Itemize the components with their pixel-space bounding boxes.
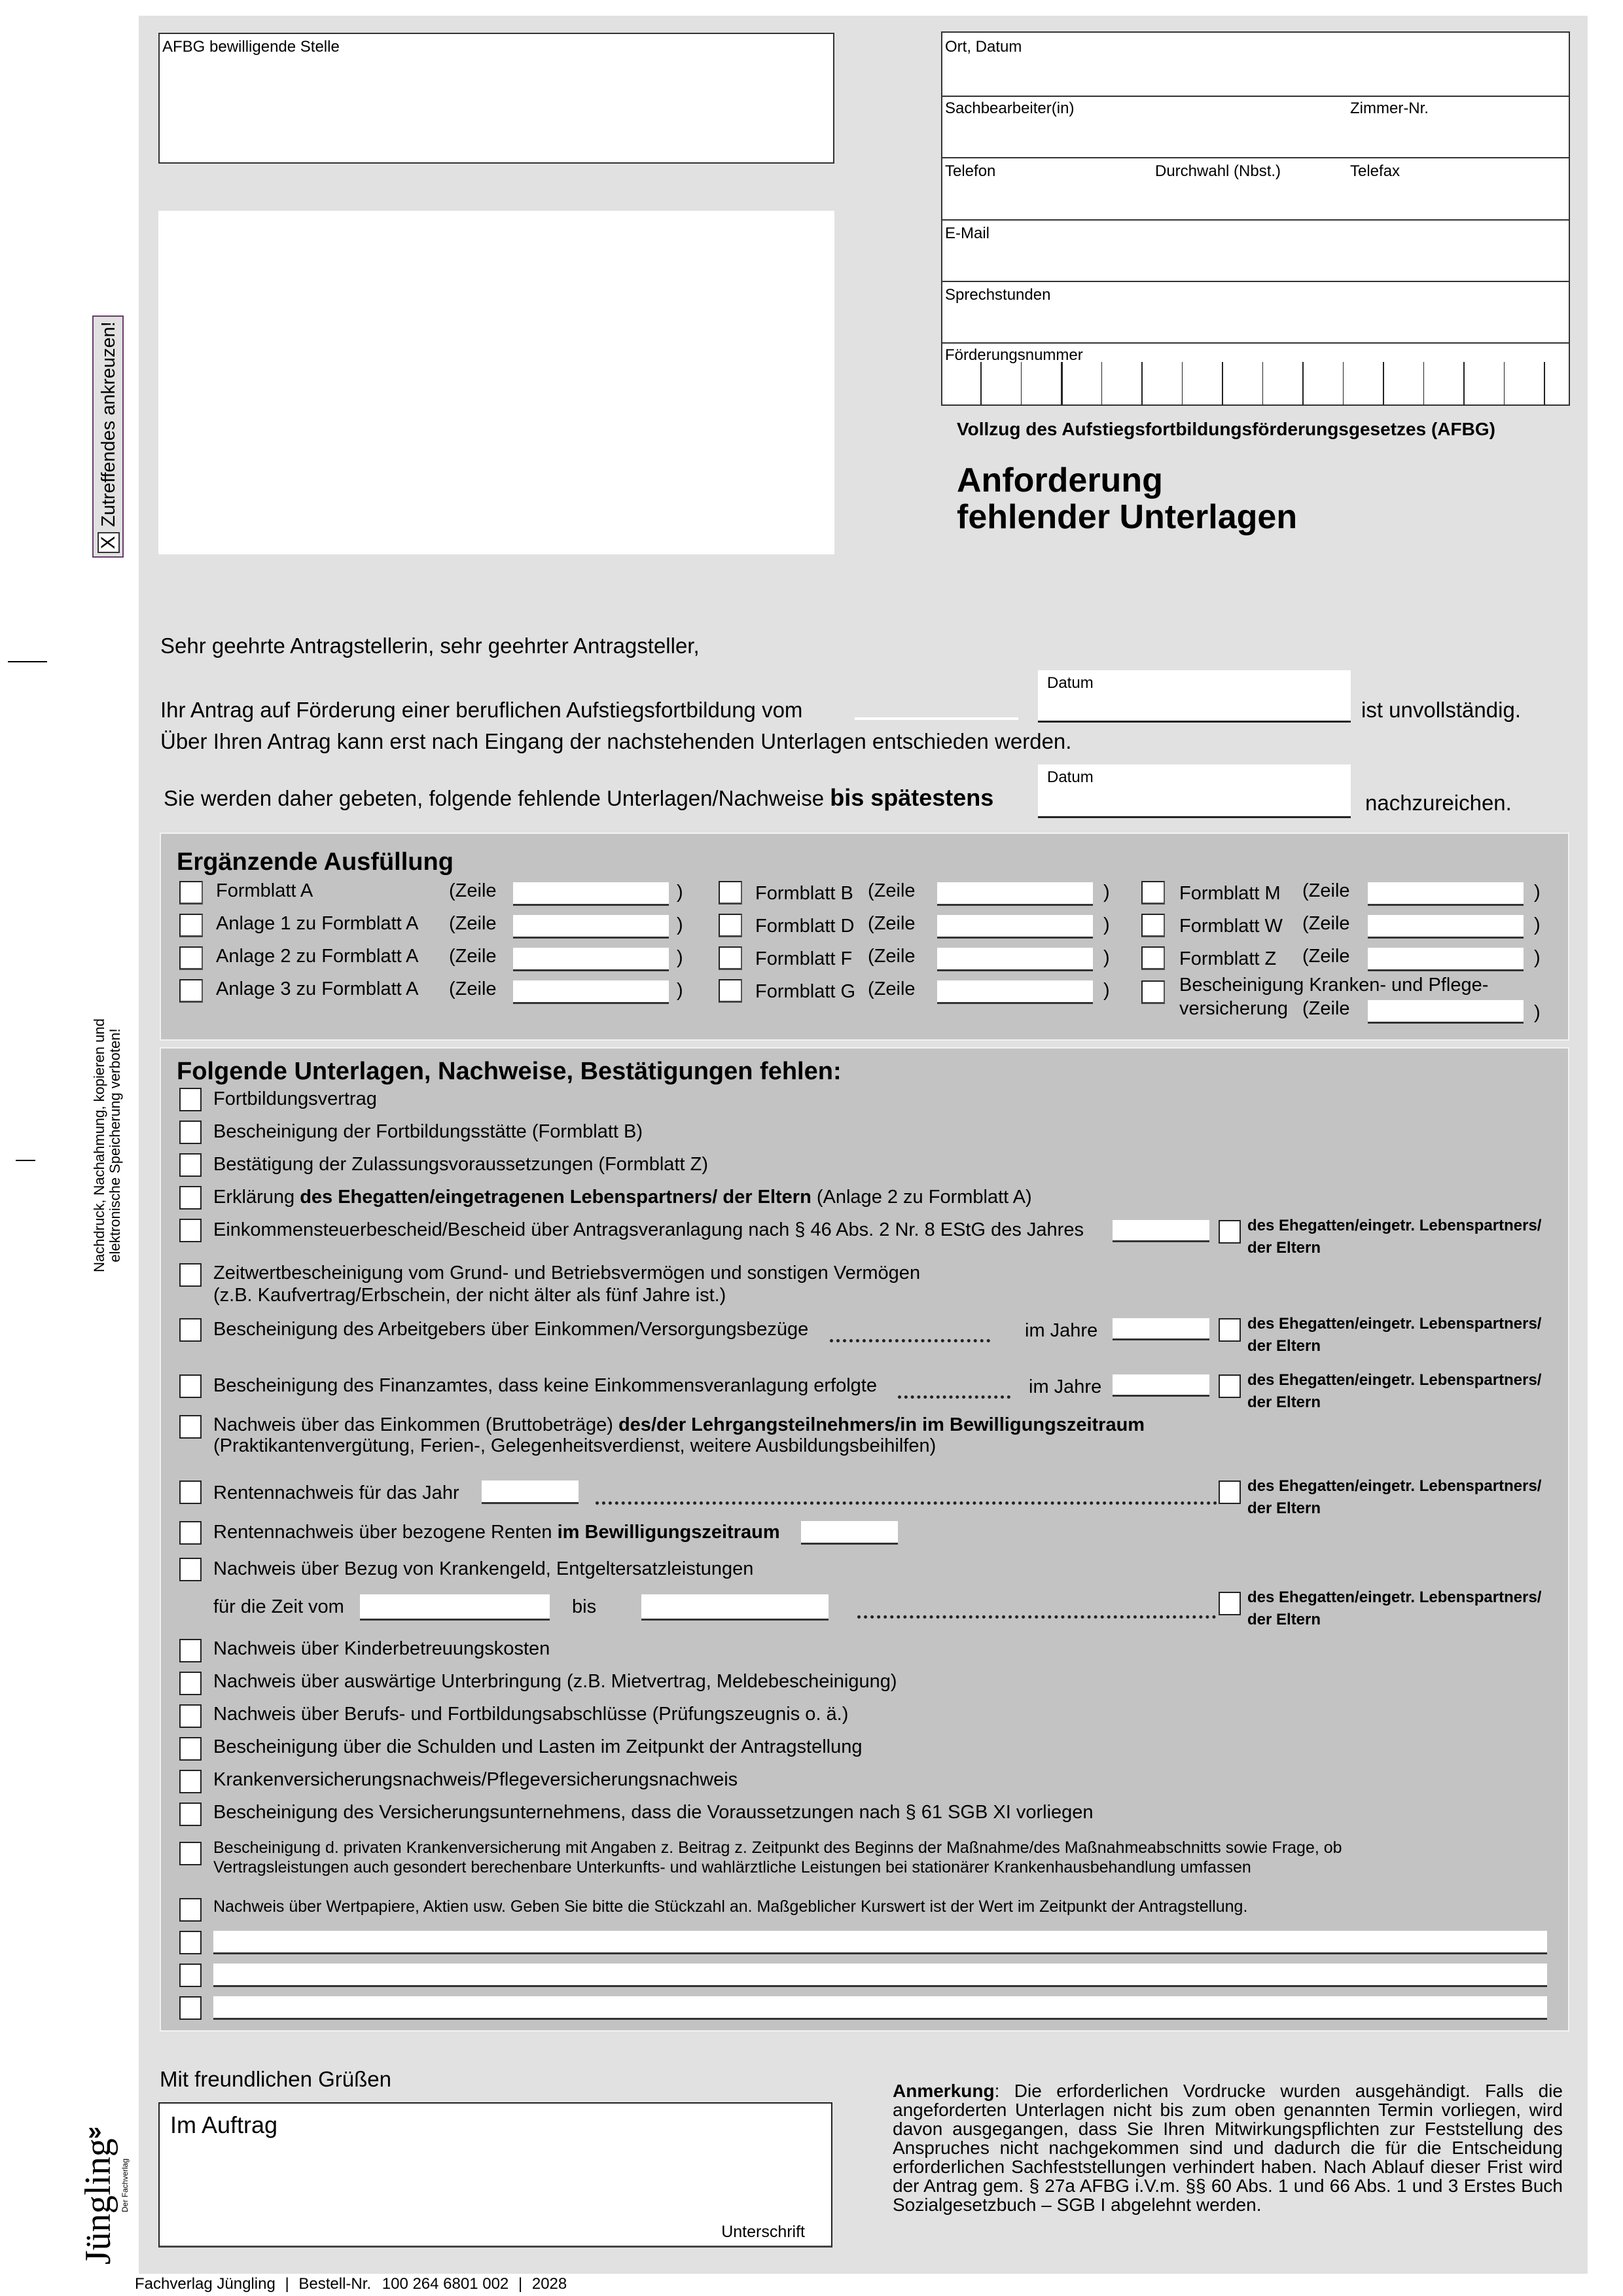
item-declaration-part: des Ehegatten/eingetragenen Lebenspartne… xyxy=(300,1187,811,1208)
copyright-line-1: Nachdruck, Nachahmung, kopieren und xyxy=(92,1001,107,1289)
footer-separator: | xyxy=(518,2275,522,2293)
on-behalf-label: Im Auftrag xyxy=(170,2113,277,2138)
closing-paren: ) xyxy=(677,946,683,969)
missing-checkbox[interactable] xyxy=(179,1318,202,1342)
free-text-field[interactable] xyxy=(213,1931,1547,1954)
item-admission: Bestätigung der Zulassungsvoraussetzunge… xyxy=(213,1153,708,1175)
supplement-item-label: Formblatt A xyxy=(216,880,313,902)
missing-checkbox[interactable] xyxy=(179,1996,202,2020)
footer: Fachverlag Jüngling | Bestell-Nr. 100 26… xyxy=(135,2275,567,2293)
zeile-label: (Zeile xyxy=(449,912,497,935)
funding-number-divider xyxy=(1182,362,1183,405)
taxoffice-year-field[interactable] xyxy=(1113,1374,1209,1397)
office-hours-label: Sprechstunden xyxy=(945,286,1050,304)
missing-checkbox[interactable] xyxy=(179,1263,202,1287)
item-degrees: Nachweis über Berufs- und Fortbildungsab… xyxy=(213,1703,848,1725)
period-to-label: bis xyxy=(572,1596,596,1618)
item-institution: Bescheinigung der Fortbildungsstätte (Fo… xyxy=(213,1121,643,1143)
deadline-sentence-bold: bis spätestens xyxy=(830,784,993,811)
dotted-leader xyxy=(596,1501,1217,1505)
funding-number-divider xyxy=(1463,362,1465,405)
funding-number-divider xyxy=(1222,362,1223,405)
dotted-leader xyxy=(898,1395,1010,1399)
item-pension-received-part: im Bewilligungszeitraum xyxy=(558,1522,780,1543)
item-contract: Fortbildungsvertrag xyxy=(213,1088,377,1110)
closing-greeting: Mit freundlichen Grüßen xyxy=(160,2067,391,2092)
signature-box[interactable]: Im Auftrag Unterschrift xyxy=(158,2102,832,2248)
item-sgb: Bescheinigung des Versicherungsunternehm… xyxy=(213,1801,1094,1823)
funding-number-divider xyxy=(1061,362,1063,405)
zeile-label: (Zeile xyxy=(449,945,497,967)
missing-documents-section: Folgende Unterlagen, Nachweise, Bestätig… xyxy=(160,1047,1569,2032)
application-date-blank xyxy=(855,717,1018,720)
note-text: : Die erforderlichen Vordrucke wurden au… xyxy=(893,2081,1563,2215)
authority-label: AFBG bewilligende Stelle xyxy=(162,38,340,56)
missing-checkbox[interactable] xyxy=(179,1931,202,1954)
closing-paren: ) xyxy=(1103,881,1110,903)
missing-checkbox[interactable] xyxy=(179,1672,202,1695)
spouse-checkbox[interactable] xyxy=(1219,1220,1241,1244)
copyright-notice: Nachdruck, Nachahmung, kopieren und elek… xyxy=(92,1001,123,1289)
item-housing: Nachweis über auswärtige Unterbringung (… xyxy=(213,1670,897,1693)
supplement-item-label: Formblatt M xyxy=(1179,882,1281,905)
footer-order-label: Bestell-Nr. xyxy=(298,2275,371,2293)
address-window[interactable] xyxy=(158,211,834,554)
item-childcare: Nachweis über Kinderbetreuungskosten xyxy=(213,1638,550,1660)
office-hours-row[interactable]: Sprechstunden xyxy=(942,282,1569,344)
room-label: Zimmer-Nr. xyxy=(1350,99,1429,118)
supplement-line-field[interactable] xyxy=(937,915,1093,939)
free-text-field[interactable] xyxy=(213,1964,1547,1987)
dotted-leader xyxy=(830,1339,990,1342)
tax-year-field[interactable] xyxy=(1113,1220,1209,1242)
zeile-label: (Zeile xyxy=(449,880,497,902)
free-text-field[interactable] xyxy=(213,1996,1547,2020)
funding-number-row[interactable]: Förderungsnummer xyxy=(942,344,1569,406)
title-line-2: fehlender Unterlagen xyxy=(957,499,1297,535)
supplement-item-label: Formblatt D xyxy=(755,915,854,937)
supplement-checkbox[interactable] xyxy=(179,946,203,970)
footer-order-number: 100 264 6801 002 xyxy=(382,2275,509,2293)
missing-checkbox[interactable] xyxy=(179,1121,202,1144)
copyright-line-2: elektronische Speicherung verboten! xyxy=(107,1001,123,1289)
item-private-line2: Vertragsleistungen auch gesondert berech… xyxy=(213,1857,1251,1877)
supplement-item-label: Anlage 3 zu Formblatt A xyxy=(216,978,419,1000)
item-taxoffice: Bescheinigung des Finanzamtes, dass kein… xyxy=(213,1374,877,1397)
supplement-item-label: Anlage 2 zu Formblatt A xyxy=(216,945,419,967)
missing-checkbox[interactable] xyxy=(179,1639,202,1662)
fax-label: Telefax xyxy=(1350,162,1400,181)
closing-paren: ) xyxy=(1534,1001,1541,1024)
funding-number-divider xyxy=(1302,362,1304,405)
spouse-label-line1: des Ehegatten/eingetr. Lebenspartners/ xyxy=(1247,1371,1541,1390)
closing-paren: ) xyxy=(677,914,683,936)
item-assets-line2: (z.B. Kaufvertrag/Erbschein, der nicht ä… xyxy=(213,1284,726,1306)
spouse-label-line1: des Ehegatten/eingetr. Lebenspartners/ xyxy=(1247,1588,1541,1607)
funding-number-divider xyxy=(1141,362,1143,405)
missing-checkbox[interactable] xyxy=(179,1186,202,1210)
hint-text: Zutreffendes ankreuzen! xyxy=(98,321,120,527)
item-securities: Nachweis über Wertpapiere, Aktien usw. G… xyxy=(213,1897,1247,1916)
item-insurance: Krankenversicherungsnachweis/Pflegeversi… xyxy=(213,1768,738,1791)
page-title: Anforderung fehlender Unterlagen xyxy=(957,462,1297,535)
place-date-label: Ort, Datum xyxy=(945,38,1022,56)
item-pension-received: Rentennachweis über bezogene Renten im B… xyxy=(213,1521,780,1543)
im-jahre-label: im Jahre xyxy=(1029,1376,1101,1398)
submit-text: nachzureichen. xyxy=(1365,791,1512,816)
pension-received-field[interactable] xyxy=(801,1521,898,1545)
zeile-label: (Zeile xyxy=(868,912,916,935)
supplement-checkbox[interactable] xyxy=(179,914,203,937)
zeile-label: (Zeile xyxy=(1302,880,1350,902)
decision-sentence: Über Ihren Antrag kann erst nach Eingang… xyxy=(160,729,1071,754)
fold-mark xyxy=(8,661,47,662)
employer-year-field[interactable] xyxy=(1113,1318,1209,1340)
spouse-label-line2: der Eltern xyxy=(1247,1499,1321,1518)
funding-number-divider xyxy=(1101,362,1103,405)
application-sentence: Ihr Antrag auf Förderung einer beruflich… xyxy=(160,698,802,723)
closing-paren: ) xyxy=(1103,979,1110,1001)
funding-number-divider xyxy=(1504,362,1505,405)
supplement-line-field[interactable] xyxy=(937,948,1093,971)
deadline-sentence: Sie werden daher gebeten, folgende fehle… xyxy=(164,785,993,811)
deadline-date-field[interactable]: Datum xyxy=(1038,764,1351,818)
note-paragraph: Anmerkung: Die erforderlichen Vordrucke … xyxy=(893,2081,1563,2214)
missing-checkbox[interactable] xyxy=(179,1964,202,1987)
email-label: E-Mail xyxy=(945,224,990,243)
spouse-label-line1: des Ehegatten/eingetr. Lebenspartners/ xyxy=(1247,1216,1541,1236)
missing-checkbox[interactable] xyxy=(179,1153,202,1177)
missing-checkbox[interactable] xyxy=(179,1374,202,1398)
clerk-row[interactable]: Sachbearbeiter(in) Zimmer-Nr. xyxy=(942,97,1569,158)
punch-mark xyxy=(16,1160,35,1161)
supplement-checkbox[interactable] xyxy=(1141,914,1165,937)
supplement-checkbox[interactable] xyxy=(1141,881,1165,905)
hint-text-wrap: X Zutreffendes ankreuzen! xyxy=(96,317,122,553)
supplement-line-field[interactable] xyxy=(937,980,1093,1004)
item-income-part: des/der Lehrgangsteilnehmers/in im Bewil… xyxy=(618,1414,1145,1435)
closing-paren: ) xyxy=(677,881,683,903)
funding-number-divider xyxy=(980,362,982,405)
supplement-item-label: Formblatt B xyxy=(755,882,853,905)
supplement-checkbox[interactable] xyxy=(179,881,203,905)
spouse-checkbox[interactable] xyxy=(1219,1592,1241,1615)
spouse-label-line2: der Eltern xyxy=(1247,1336,1321,1356)
note-label: Anmerkung xyxy=(893,2081,995,2101)
law-reference: Vollzug des Aufstiegsfortbildungsförderu… xyxy=(957,419,1495,440)
supplement-title: Ergänzende Ausfüllung xyxy=(177,848,454,876)
phone-label: Telefon xyxy=(945,162,995,181)
supplement-line-field[interactable] xyxy=(1368,882,1524,906)
missing-title: Folgende Unterlagen, Nachweise, Bestätig… xyxy=(177,1058,842,1086)
item-income: Nachweis über das Einkommen (Bruttobeträ… xyxy=(213,1414,1145,1436)
zeile-label: (Zeile xyxy=(868,978,916,1000)
item-income-part: Nachweis über das Einkommen (Bruttobeträ… xyxy=(213,1414,613,1435)
closing-paren: ) xyxy=(1534,914,1541,936)
missing-checkbox[interactable] xyxy=(179,1088,202,1111)
phone-row[interactable]: Telefon Durchwahl (Nbst.) Telefax xyxy=(942,158,1569,221)
im-jahre-label: im Jahre xyxy=(1025,1319,1097,1342)
item-declaration-part: (Anlage 2 zu Formblatt A) xyxy=(817,1187,1032,1208)
item-declaration-part: Erklärung xyxy=(213,1187,294,1208)
funding-number-divider xyxy=(1262,362,1264,405)
dotted-leader xyxy=(857,1615,1216,1619)
closing-paren: ) xyxy=(1534,946,1541,969)
supplement-line-field[interactable] xyxy=(513,915,669,939)
funding-number-divider xyxy=(1021,362,1022,405)
salutation: Sehr geehrte Antragstellerin, sehr geehr… xyxy=(160,634,700,658)
double-chevron-icon: » xyxy=(88,2115,101,2148)
supplement-checkbox[interactable] xyxy=(719,946,742,970)
item-declaration: Erklärung des Ehegatten/eingetragenen Le… xyxy=(213,1186,1032,1208)
zeile-label: (Zeile xyxy=(868,880,916,902)
missing-checkbox[interactable] xyxy=(179,1770,202,1793)
zeile-label: (Zeile xyxy=(1302,997,1350,1020)
extension-label: Durchwahl (Nbst.) xyxy=(1155,162,1281,181)
missing-checkbox[interactable] xyxy=(179,1737,202,1761)
spouse-label-line2: der Eltern xyxy=(1247,1393,1321,1412)
hint-checkbox: X xyxy=(98,532,120,553)
footer-code: 2028 xyxy=(532,2275,567,2293)
missing-checkbox[interactable] xyxy=(179,1219,202,1242)
missing-checkbox[interactable] xyxy=(179,1803,202,1826)
closing-paren: ) xyxy=(677,979,683,1001)
missing-checkbox[interactable] xyxy=(179,1558,202,1581)
spouse-checkbox[interactable] xyxy=(1219,1374,1241,1398)
closing-paren: ) xyxy=(1103,946,1110,969)
supplement-checkbox[interactable] xyxy=(1141,980,1165,1004)
supplement-item-label: Formblatt W xyxy=(1179,915,1283,937)
missing-checkbox[interactable] xyxy=(179,1521,202,1545)
title-line-1: Anforderung xyxy=(957,462,1297,499)
supplement-line-field[interactable] xyxy=(1368,1000,1524,1024)
closing-paren: ) xyxy=(1534,881,1541,903)
spouse-label-line2: der Eltern xyxy=(1247,1610,1321,1630)
period-from-field[interactable] xyxy=(360,1594,550,1621)
supplement-line-field[interactable] xyxy=(513,948,669,971)
spouse-label-line2: der Eltern xyxy=(1247,1238,1321,1258)
zeile-label: (Zeile xyxy=(1302,912,1350,935)
place-date-row[interactable]: Ort, Datum xyxy=(942,33,1569,97)
zeile-label: (Zeile xyxy=(1302,945,1350,967)
contact-block: Ort, Datum Sachbearbeiter(in) Zimmer-Nr.… xyxy=(941,31,1570,406)
missing-checkbox[interactable] xyxy=(179,1415,202,1439)
missing-checkbox[interactable] xyxy=(179,1704,202,1728)
date-label: Datum xyxy=(1047,768,1094,787)
signature-label: Unterschrift xyxy=(721,2223,805,2242)
footer-separator: | xyxy=(285,2275,289,2293)
item-private-line1: Bescheinigung d. privaten Krankenversich… xyxy=(213,1838,1342,1857)
funding-number-divider xyxy=(1423,362,1425,405)
closing-paren: ) xyxy=(1103,914,1110,936)
date-label: Datum xyxy=(1047,674,1094,692)
missing-checkbox[interactable] xyxy=(179,1898,202,1922)
pension-year-field[interactable] xyxy=(482,1480,579,1504)
supplement-checkbox[interactable] xyxy=(719,881,742,905)
period-from-label: für die Zeit vom xyxy=(213,1596,344,1618)
spouse-label-line1: des Ehegatten/eingetr. Lebenspartners/ xyxy=(1247,1314,1541,1334)
spouse-label-line1: des Ehegatten/eingetr. Lebenspartners/ xyxy=(1247,1477,1541,1496)
item-tax: Einkommensteuerbescheid/Bescheid über An… xyxy=(213,1219,1084,1241)
item-debts: Bescheinigung über die Schulden und Last… xyxy=(213,1736,863,1758)
spouse-checkbox[interactable] xyxy=(1219,1318,1241,1342)
supplement-item-label: Formblatt G xyxy=(755,980,855,1003)
deadline-sentence-pre: Sie werden daher gebeten, folgende fehle… xyxy=(164,786,824,810)
email-row[interactable]: E-Mail xyxy=(942,221,1569,282)
incomplete-text: ist unvollständig. xyxy=(1361,698,1521,723)
period-to-field[interactable] xyxy=(641,1594,829,1621)
funding-number-divider xyxy=(1383,362,1384,405)
supplement-line-field[interactable] xyxy=(937,882,1093,906)
supplement-checkbox[interactable] xyxy=(179,979,203,1003)
funding-number-divider xyxy=(1544,362,1545,405)
supplement-item-label: Formblatt Z xyxy=(1179,948,1276,970)
item-pension-year: Rentennachweis für das Jahr xyxy=(213,1482,459,1504)
spouse-checkbox[interactable] xyxy=(1219,1480,1241,1504)
item-income-line2: (Praktikantenvergütung, Ferien-, Gelegen… xyxy=(213,1435,936,1457)
funding-number-cells[interactable] xyxy=(942,362,1569,405)
missing-checkbox[interactable] xyxy=(179,1842,202,1865)
supplement-checkbox[interactable] xyxy=(719,914,742,937)
supplement-line-field[interactable] xyxy=(1368,948,1524,971)
funding-number-divider xyxy=(1343,362,1344,405)
supplement-item-label: Bescheinigung Kranken- und Pflege- xyxy=(1179,974,1488,996)
supplement-line-field[interactable] xyxy=(1368,915,1524,939)
item-employer: Bescheinigung des Arbeitgebers über Eink… xyxy=(213,1318,808,1340)
authority-box[interactable]: AFBG bewilligende Stelle xyxy=(158,33,834,164)
zeile-label: (Zeile xyxy=(868,945,916,967)
supplement-checkbox[interactable] xyxy=(1141,946,1165,970)
item-sickpay: Nachweis über Bezug von Krankengeld, Ent… xyxy=(213,1558,753,1580)
clerk-label: Sachbearbeiter(in) xyxy=(945,99,1074,118)
supplement-item-label: versicherung xyxy=(1179,997,1288,1020)
logo-subtitle: Der Fachverlag xyxy=(120,2159,130,2212)
missing-checkbox[interactable] xyxy=(179,1480,202,1504)
footer-publisher: Fachverlag Jüngling xyxy=(135,2275,276,2293)
supplement-item-label: Formblatt F xyxy=(755,948,852,970)
supplement-checkbox[interactable] xyxy=(719,979,742,1003)
supplement-item-label: Anlage 1 zu Formblatt A xyxy=(216,912,419,935)
item-pension-received-part: Rentennachweis über bezogene Renten xyxy=(213,1522,552,1543)
logo-wordmark: Jüngling xyxy=(79,2138,118,2265)
supplement-line-field[interactable] xyxy=(513,980,669,1004)
application-date-field[interactable]: Datum xyxy=(1038,670,1351,723)
zeile-label: (Zeile xyxy=(449,978,497,1000)
supplement-section: Ergänzende Ausfüllung Formblatt A(Zeile)… xyxy=(160,833,1569,1041)
item-assets-line1: Zeitwertbescheinigung vom Grund- und Bet… xyxy=(213,1262,920,1284)
supplement-line-field[interactable] xyxy=(513,882,669,906)
